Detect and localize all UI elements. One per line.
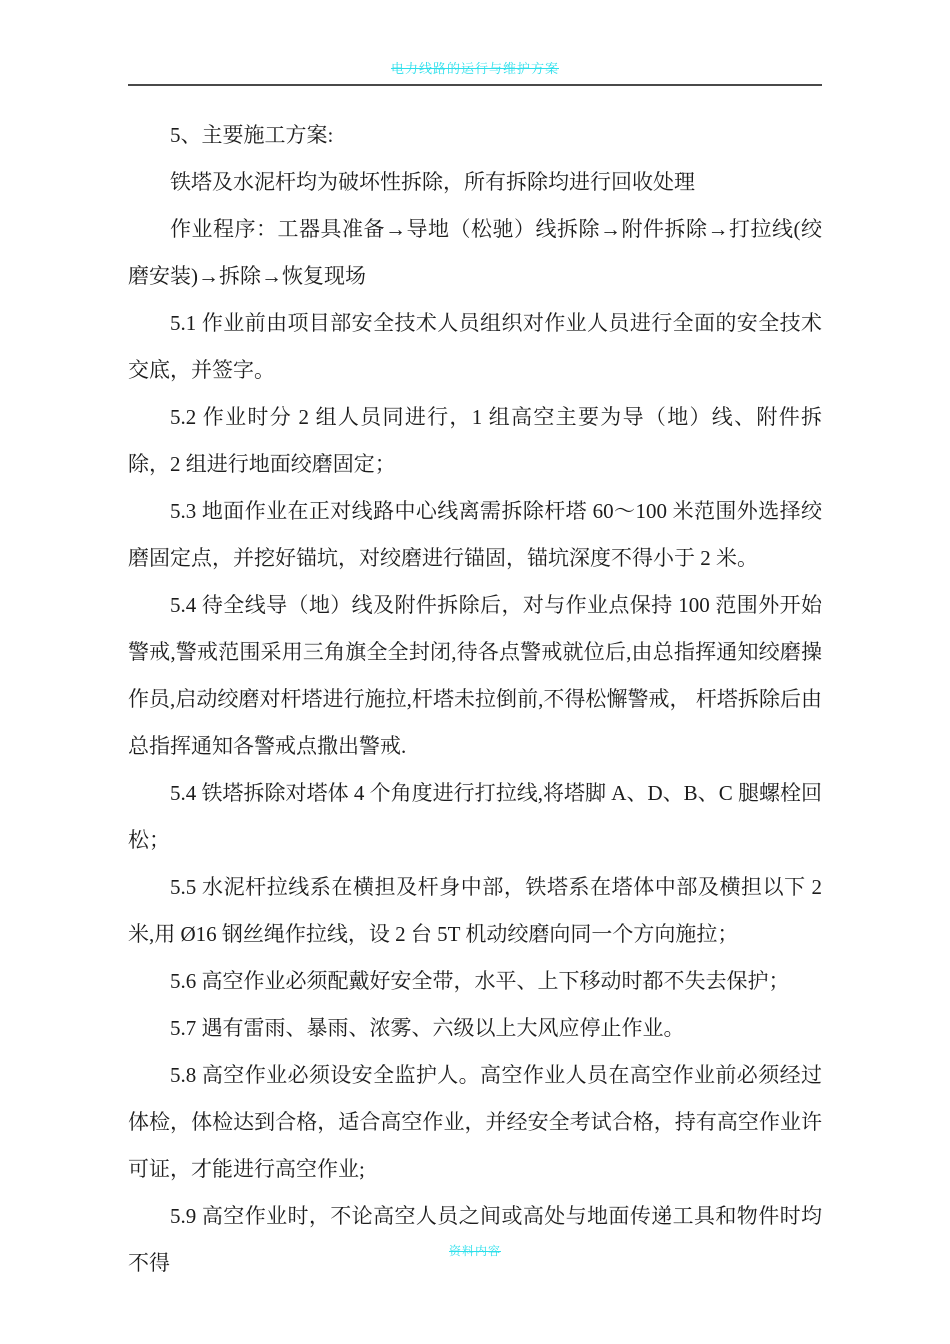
paragraph-intro: 铁塔及水泥杆均为破坏性拆除，所有拆除均进行回收处理 bbox=[128, 159, 822, 206]
paragraph-5-4b: 5.4 铁塔拆除对塔体 4 个角度进行打拉线,将塔脚 A、D、B、C 腿螺栓回松… bbox=[128, 770, 822, 864]
paragraph-5-4a: 5.4 待全线导（地）线及附件拆除后，对与作业点保持 100 范围外开始警戒,警… bbox=[128, 582, 822, 770]
paragraph-section-title: 5、主要施工方案: bbox=[128, 112, 822, 159]
page-header: 电力线路的运行与维护方案 bbox=[128, 58, 822, 86]
paragraph-5-2: 5.2 作业时分 2 组人员同进行，1 组高空主要为导（地）线、附件拆除，2 组… bbox=[128, 394, 822, 488]
paragraph-5-8: 5.8 高空作业必须设安全监护人。高空作业人员在高空作业前必须经过体检，体检达到… bbox=[128, 1052, 822, 1193]
paragraph-5-7: 5.7 遇有雷雨、暴雨、浓雾、六级以上大风应停止作业。 bbox=[128, 1005, 822, 1052]
paragraph-procedure: 作业程序：工器具准备→导地（松驰）线拆除→附件拆除→打拉线(绞磨安装)→拆除→恢… bbox=[128, 206, 822, 300]
paragraph-5-6: 5.6 高空作业必须配戴好安全带，水平、上下移动时都不失去保护； bbox=[128, 958, 822, 1005]
document-body: 5、主要施工方案: 铁塔及水泥杆均为破坏性拆除，所有拆除均进行回收处理 作业程序… bbox=[128, 112, 822, 1287]
paragraph-5-3: 5.3 地面作业在正对线路中心线离需拆除杆塔 60～100 米范围外选择绞磨固定… bbox=[128, 488, 822, 582]
paragraph-5-5: 5.5 水泥杆拉线系在横担及杆身中部，铁塔系在塔体中部及横担以下 2 米,用 Ø… bbox=[128, 864, 822, 958]
page-footer: 资料内容 bbox=[0, 1242, 950, 1260]
document-page: 电力线路的运行与维护方案 5、主要施工方案: 铁塔及水泥杆均为破坏性拆除，所有拆… bbox=[0, 0, 950, 1344]
paragraph-5-1: 5.1 作业前由项目部安全技术人员组织对作业人员进行全面的安全技术交底，并签字。 bbox=[128, 300, 822, 394]
header-watermark-text: 电力线路的运行与维护方案 bbox=[391, 61, 559, 76]
footer-watermark-text: 资料内容 bbox=[449, 1244, 501, 1258]
paragraph-5-9: 5.9 高空作业时，不论高空人员之间或高处与地面传递工具和物件时均不得 bbox=[128, 1193, 822, 1287]
